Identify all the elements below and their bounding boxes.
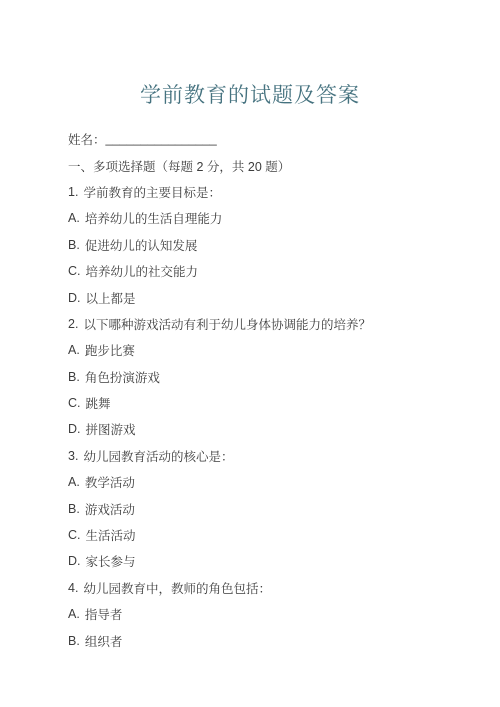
name-line: 姓名： ________________	[68, 126, 470, 152]
option-text: 跑步比赛	[85, 341, 135, 359]
option-text: 指导者	[85, 605, 123, 623]
question-1-option-a: A. 培养幼儿的生活自理能力	[68, 205, 470, 231]
question-4-option-a: A. 指导者	[68, 601, 470, 627]
option-text: 生活活动	[86, 526, 136, 544]
question-1: 1. 学前教育的主要目标是：	[68, 179, 470, 205]
question-4-option-b: B. 组织者	[68, 627, 470, 653]
option-label: D.	[68, 422, 81, 436]
option-label: C.	[68, 396, 81, 410]
option-text: 促进幼儿的认知发展	[85, 236, 198, 254]
option-label: D.	[68, 554, 81, 568]
question-3-option-d: D. 家长参与	[68, 548, 470, 574]
question-3: 3. 幼儿园教育活动的核心是：	[68, 443, 470, 469]
question-text: 以下哪种游戏活动有利于幼儿身体协调能力的培养？	[83, 315, 371, 333]
question-text: 学前教育的主要目标是：	[83, 183, 221, 201]
question-2-option-d: D. 拼图游戏	[68, 416, 470, 442]
option-label: C.	[68, 264, 81, 278]
section-heading: 一、多项选择题（每题 2 分，共 20 题）	[68, 152, 470, 178]
page-title: 学前教育的试题及答案	[0, 79, 500, 109]
option-text: 跳舞	[86, 394, 111, 412]
question-2-option-b: B. 角色扮演游戏	[68, 364, 470, 390]
option-label: D.	[68, 291, 81, 305]
option-text: 培养幼儿的生活自理能力	[85, 209, 223, 227]
option-text: 角色扮演游戏	[85, 368, 160, 386]
question-1-option-b: B. 促进幼儿的认知发展	[68, 232, 470, 258]
question-2-option-a: A. 跑步比赛	[68, 337, 470, 363]
option-label: A.	[68, 475, 80, 489]
question-1-option-d: D. 以上都是	[68, 284, 470, 310]
question-3-option-b: B. 游戏活动	[68, 495, 470, 521]
question-3-option-a: A. 教学活动	[68, 469, 470, 495]
question-3-option-c: C. 生活活动	[68, 522, 470, 548]
exam-document-page: 学前教育的试题及答案 姓名： ________________ 一、多项选择题（…	[0, 0, 500, 707]
option-label: B.	[68, 634, 80, 648]
question-number: 4.	[68, 581, 78, 595]
option-label: A.	[68, 211, 80, 225]
question-text: 幼儿园教育活动的核心是：	[83, 447, 233, 465]
option-label: A.	[68, 343, 80, 357]
option-text: 培养幼儿的社交能力	[86, 262, 199, 280]
question-1-option-c: C. 培养幼儿的社交能力	[68, 258, 470, 284]
question-number: 3.	[68, 449, 78, 463]
name-blank-field: ________________	[106, 132, 217, 146]
name-label: 姓名：	[68, 130, 106, 148]
question-4: 4. 幼儿园教育中，教师的角色包括：	[68, 575, 470, 601]
document-body: 姓名： ________________ 一、多项选择题（每题 2 分，共 20…	[68, 126, 470, 654]
option-label: A.	[68, 607, 80, 621]
question-text: 幼儿园教育中，教师的角色包括：	[83, 579, 271, 597]
option-text: 家长参与	[86, 552, 136, 570]
option-label: C.	[68, 528, 81, 542]
option-label: B.	[68, 502, 80, 516]
question-number: 1.	[68, 185, 78, 199]
option-label: B.	[68, 238, 80, 252]
option-text: 游戏活动	[85, 500, 135, 518]
option-text: 组织者	[85, 632, 123, 650]
question-number: 2.	[68, 317, 78, 331]
option-text: 拼图游戏	[86, 420, 136, 438]
question-2: 2. 以下哪种游戏活动有利于幼儿身体协调能力的培养？	[68, 311, 470, 337]
question-2-option-c: C. 跳舞	[68, 390, 470, 416]
option-label: B.	[68, 370, 80, 384]
option-text: 教学活动	[85, 473, 135, 491]
option-text: 以上都是	[86, 289, 136, 307]
